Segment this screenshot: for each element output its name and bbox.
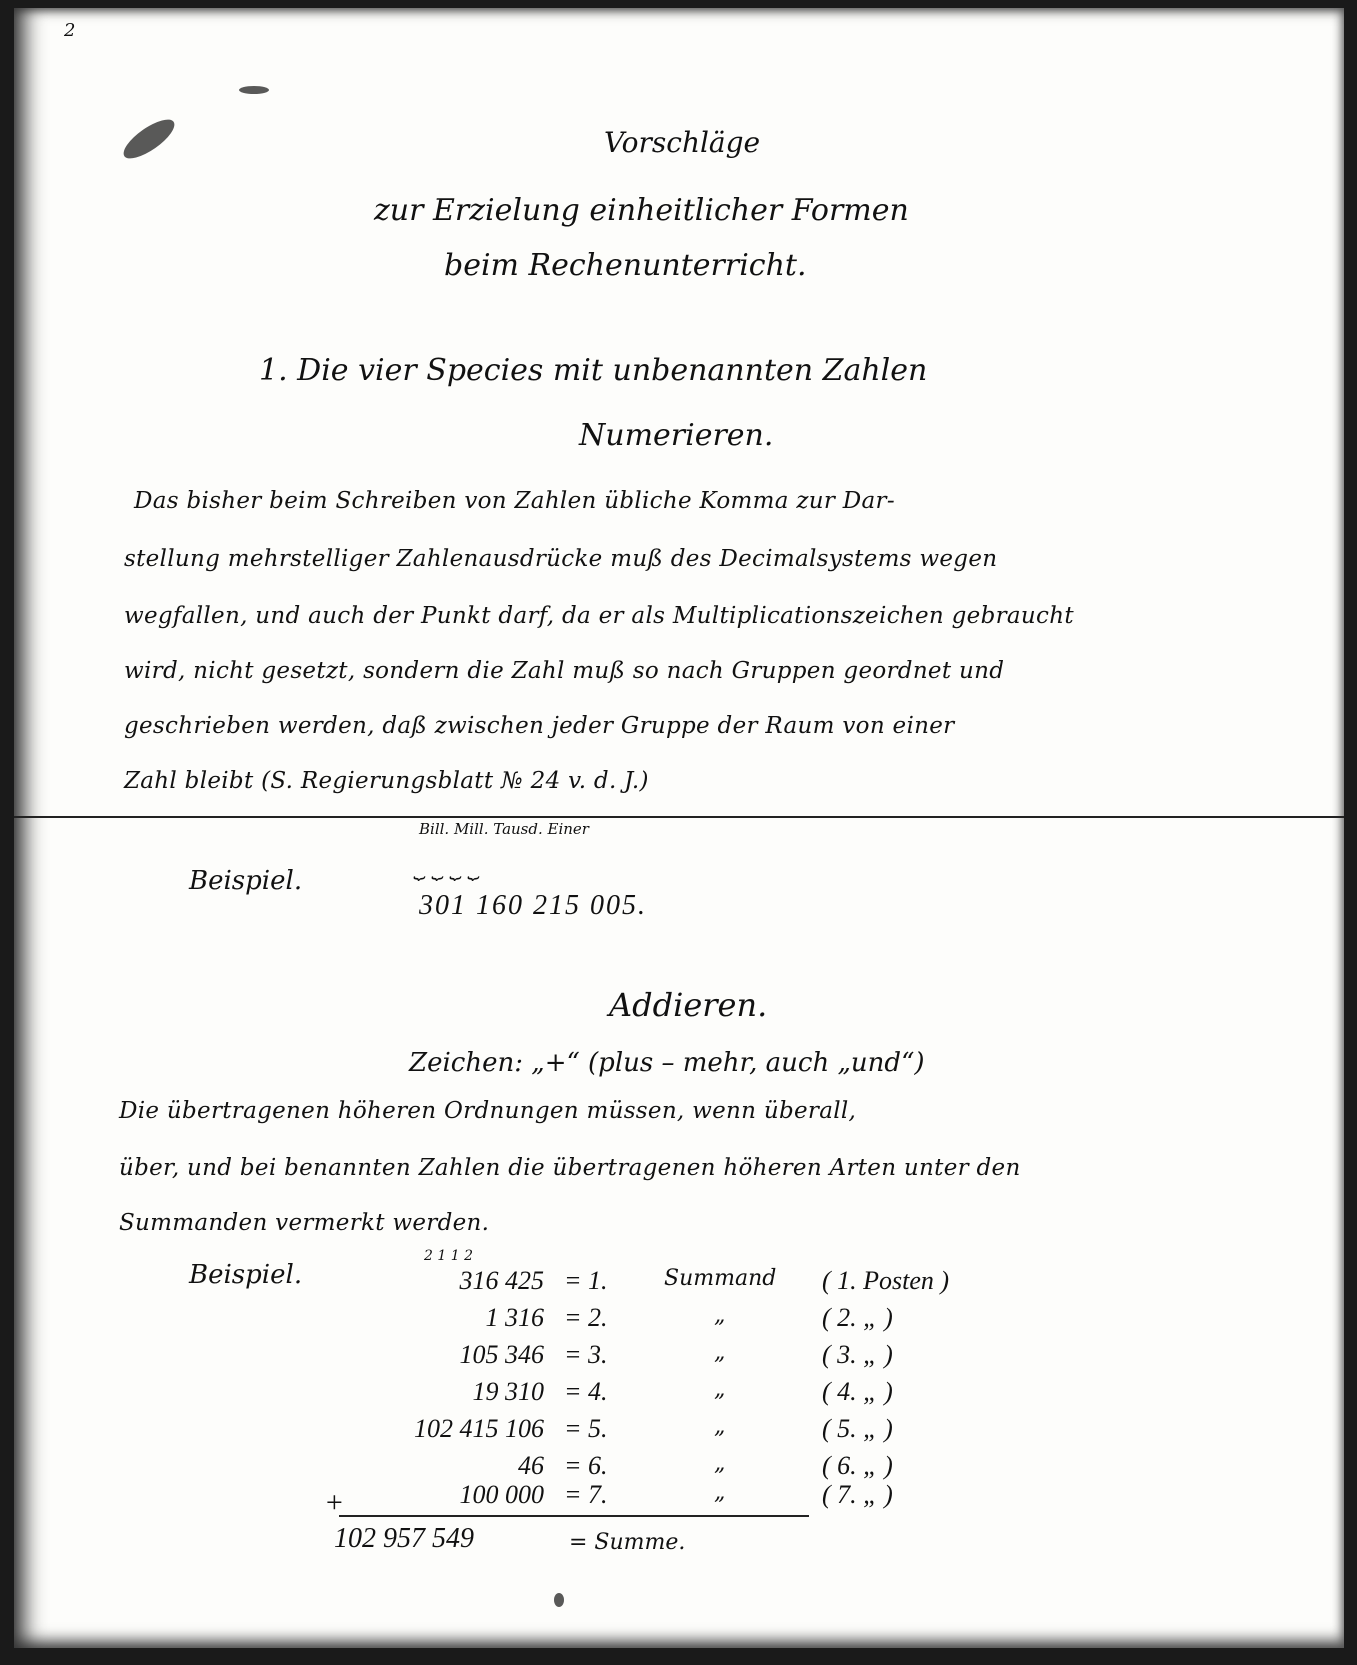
addend: 1 316 [324,1303,544,1333]
paragraph-line: geschrieben werden, daß zwischen jeder G… [124,713,1254,739]
ink-stain [118,113,180,165]
addition-row: 105 346 = 3. „ ( 3. „ ) [14,1340,1014,1380]
group-headers: Bill. Mill. Tausd. Einer [419,820,589,838]
addend: 46 [324,1451,544,1481]
addition-row: 102 415 106 = 5. „ ( 5. „ ) [14,1414,1014,1454]
addend: 102 415 106 [324,1414,544,1444]
page-number: 2 [64,20,75,41]
ordinal: = 3. [564,1340,654,1370]
paragraph-line: Die übertragenen höheren Ordnungen müsse… [119,1098,1249,1124]
ordinal: = 1. [564,1266,654,1296]
example-number: 301 160 215 005. [419,890,647,922]
carry-digits: 2 1 1 2 [424,1248,473,1264]
posten-label: ( 3. „ ) [822,1340,1002,1370]
addition-row: 316 425 = 1. Summand ( 1. Posten ) [14,1266,1014,1306]
sum-underline [339,1515,809,1517]
sign-description: Zeichen: „+“ (plus – mehr, auch „und“) [409,1048,925,1078]
example-label: Beispiel. [189,866,302,896]
manuscript-page: 2 Vorschläge zur Erzielung einheitlicher… [14,8,1344,1648]
addend: 100 000 [324,1480,544,1510]
addend: 105 346 [324,1340,544,1370]
ordinal: = 5. [564,1414,654,1444]
posten-label: ( 2. „ ) [822,1303,1002,1333]
ink-stain [239,86,269,94]
ordinal: = 4. [564,1377,654,1407]
paragraph-line: über, und bei benannten Zahlen die übert… [119,1155,1249,1181]
summand-label: Summand [664,1266,844,1291]
group-braces: ⏟⏟⏟⏟ [414,856,486,880]
addition-row: 19 310 = 4. „ ( 4. „ ) [14,1377,1014,1417]
paragraph-line: stellung mehrstelliger Zahlenausdrücke m… [124,546,1254,572]
subsection-heading-numerieren: Numerieren. [579,418,773,453]
section-heading: 1. Die vier Species mit unbenannten Zahl… [259,353,927,388]
posten-label: ( 5. „ ) [822,1414,1002,1444]
paragraph-line: wird, nicht gesetzt, sondern die Zahl mu… [124,658,1254,684]
ink-spot [554,1593,564,1607]
ordinal: = 6. [564,1451,654,1481]
addition-row: 100 000 = 7. „ ( 7. „ ) [14,1480,1014,1520]
paragraph-line: Zahl bleibt (S. Regierungsblatt № 24 v. … [124,768,1254,794]
sum-value: 102 957 549 [334,1523,474,1555]
subsection-heading-addieren: Addieren. [609,986,767,1024]
title-line-3: beim Rechenunterricht. [444,248,807,283]
posten-label: ( 1. Posten ) [822,1266,1002,1296]
addition-row: 1 316 = 2. „ ( 2. „ ) [14,1303,1014,1343]
title-line-2: zur Erzielung einheitlicher Formen [374,193,909,228]
ordinal: = 7. [564,1480,654,1510]
paragraph-line: wegfallen, und auch der Punkt darf, da e… [124,603,1254,629]
paragraph-line: Das bisher beim Schreiben von Zahlen übl… [134,488,1264,514]
fold-line [14,816,1344,818]
posten-label: ( 6. „ ) [822,1451,1002,1481]
sum-label: = Summe. [569,1530,685,1555]
ordinal: = 2. [564,1303,654,1333]
addend: 316 425 [324,1266,544,1296]
paragraph-line: Summanden vermerkt werden. [119,1210,1249,1236]
addend: 19 310 [324,1377,544,1407]
posten-label: ( 7. „ ) [822,1480,1002,1510]
posten-label: ( 4. „ ) [822,1377,1002,1407]
title-line-1: Vorschläge [604,126,760,159]
